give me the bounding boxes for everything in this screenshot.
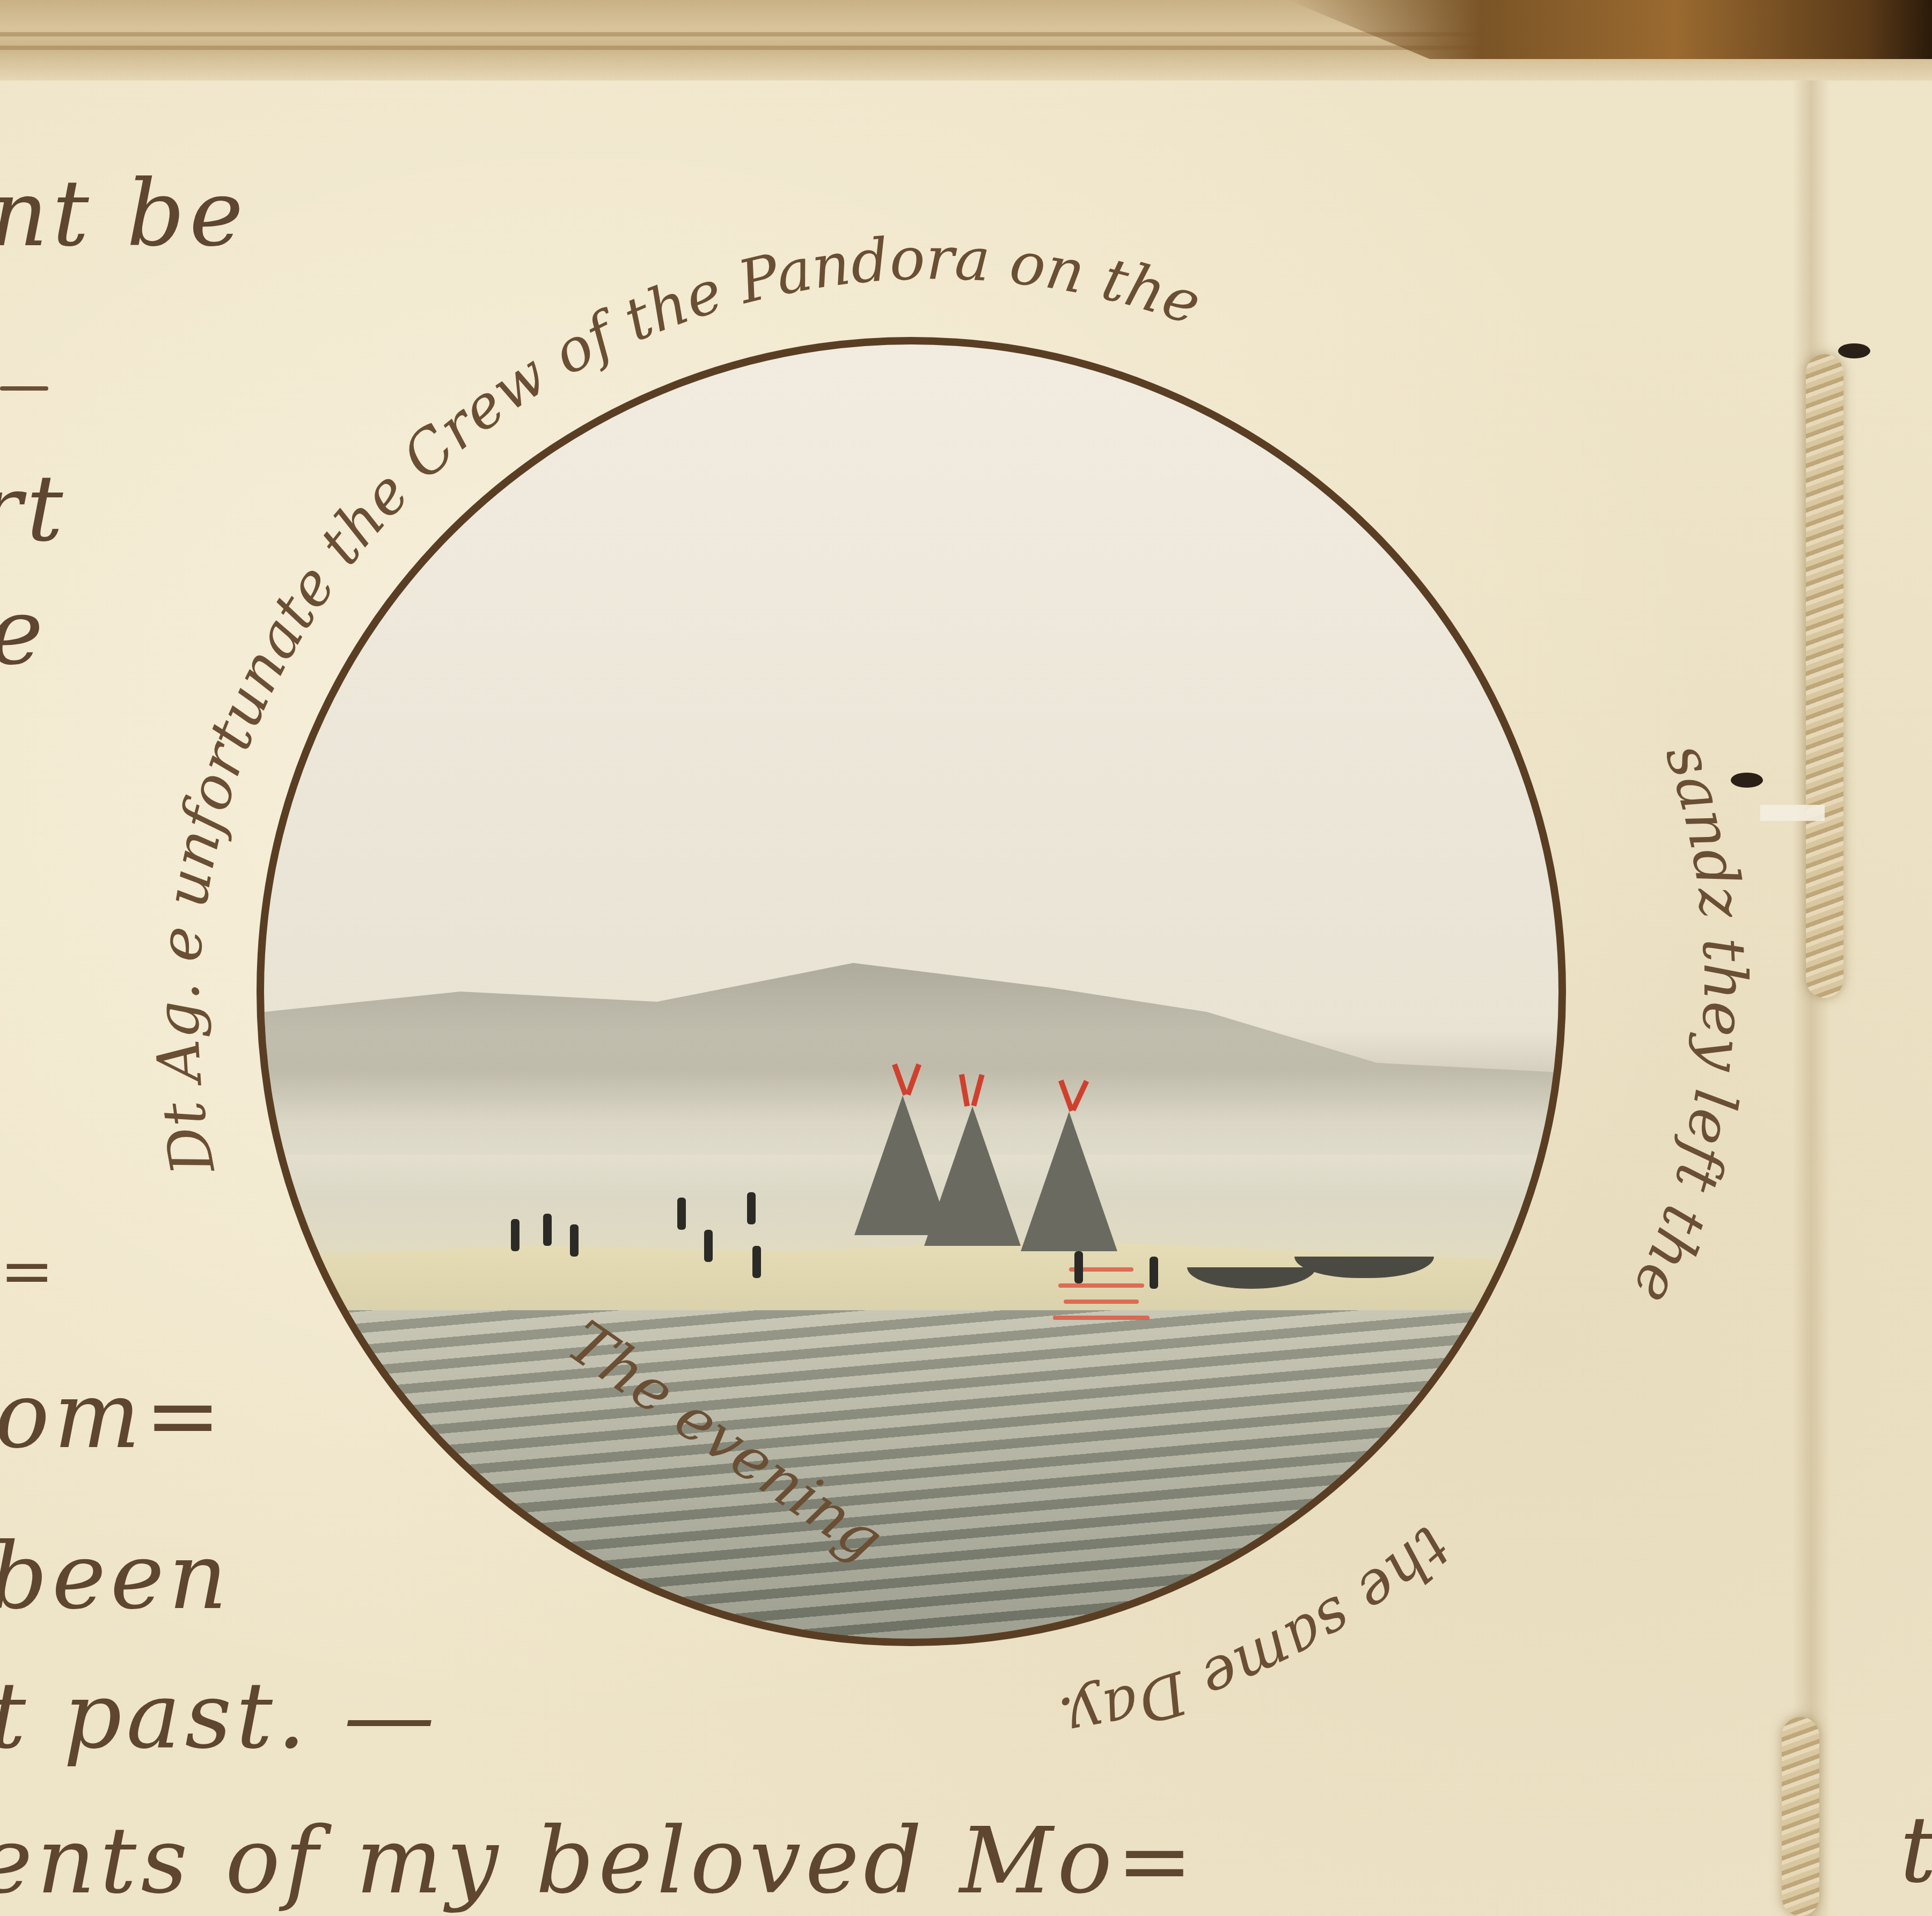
text-line-6: om= xyxy=(0,1363,225,1469)
text-line-5: = xyxy=(0,1234,58,1309)
human-figure xyxy=(1150,1257,1158,1289)
binding-thread-cross xyxy=(1760,805,1825,821)
text-line-8: t past. — xyxy=(0,1663,439,1770)
tent xyxy=(1021,1112,1117,1251)
human-figure xyxy=(747,1192,756,1224)
tent xyxy=(924,1106,1021,1246)
text-line-4: e xyxy=(0,579,48,686)
human-figure xyxy=(677,1198,686,1230)
text-line-1: nt be xyxy=(0,161,247,267)
text-line-9: ents of my beloved Mo= xyxy=(0,1808,1197,1914)
binding-thread xyxy=(1806,354,1843,998)
inscription-right: sandz they left the xyxy=(1619,735,1759,1315)
sea-water xyxy=(264,1310,1566,1646)
sewing-hole xyxy=(1731,773,1763,788)
red-mark xyxy=(1064,1300,1139,1304)
text-line-3: rt xyxy=(0,456,68,562)
watercolor-vignette xyxy=(257,337,1566,1646)
far-right-fragment: t xyxy=(1900,1797,1932,1904)
human-figure xyxy=(511,1219,519,1251)
red-mark xyxy=(1058,1283,1144,1288)
manuscript-page: nt be rt e = om= been t past. — ents of … xyxy=(0,0,1932,1916)
human-figure xyxy=(1074,1251,1083,1283)
binding-thread xyxy=(1782,1717,1819,1916)
human-figure xyxy=(570,1224,579,1257)
human-figure xyxy=(752,1246,761,1278)
human-figure xyxy=(543,1214,552,1246)
text-dash xyxy=(0,386,48,391)
human-figure xyxy=(704,1230,713,1262)
text-line-7: been xyxy=(0,1524,232,1630)
red-mark xyxy=(1053,1316,1150,1320)
sewing-hole xyxy=(1838,343,1870,358)
